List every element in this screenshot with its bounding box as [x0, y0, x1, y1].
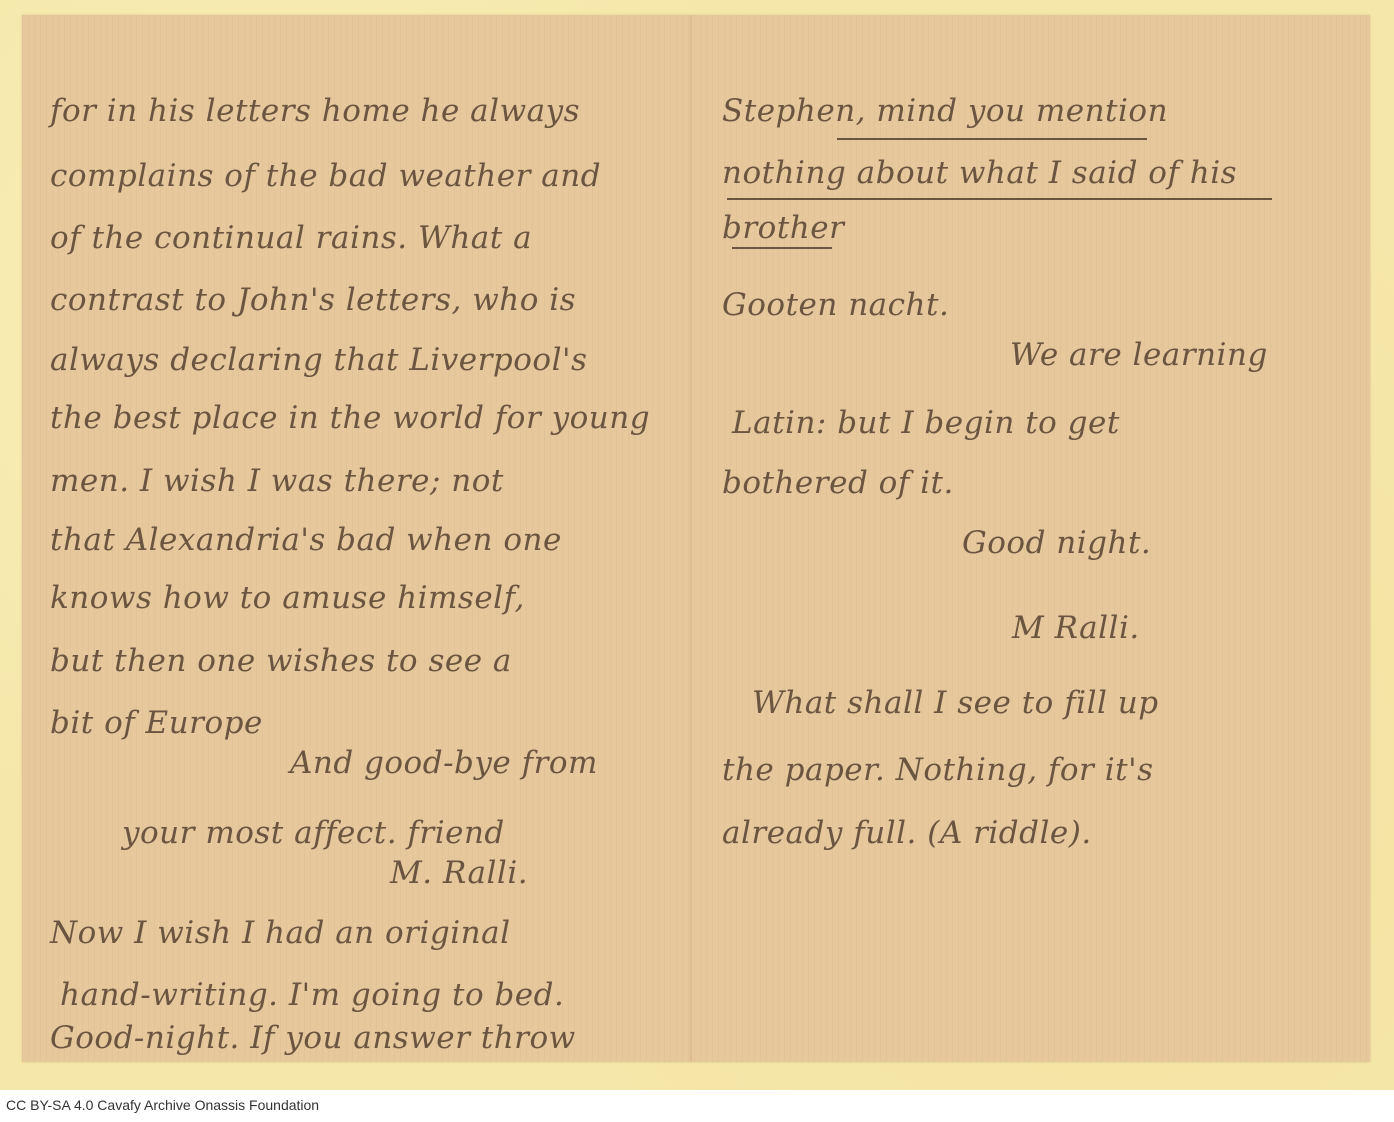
underline-stroke	[732, 247, 832, 249]
handwritten-line: that Alexandria's bad when one	[50, 522, 562, 558]
handwritten-line: Now I wish I had an original	[50, 915, 511, 951]
closing-line: Good night.	[962, 525, 1151, 561]
handwritten-line: men. I wish I was there; not	[50, 463, 504, 499]
handwritten-line: nothing about what I said of his	[722, 155, 1237, 191]
underline-stroke	[837, 138, 1147, 140]
handwritten-line: bit of Europe	[50, 705, 263, 741]
handwritten-line: the paper. Nothing, for it's	[722, 752, 1154, 788]
handwritten-line: always declaring that Liverpool's	[50, 342, 587, 378]
handwritten-line: already full. (A riddle).	[722, 815, 1092, 851]
license-caption: CC BY-SA 4.0 Cavafy Archive Onassis Foun…	[6, 1097, 319, 1113]
signature: M Ralli.	[1012, 610, 1140, 646]
handwritten-line: contrast to John's letters, who is	[50, 282, 576, 318]
handwritten-line: We are learning	[1010, 337, 1268, 373]
closing-line: And good-bye from	[290, 745, 598, 781]
signature: M. Ralli.	[390, 855, 528, 891]
handwritten-line: complains of the bad weather and	[50, 158, 601, 194]
handwritten-line: Stephen, mind you mention	[722, 93, 1168, 129]
handwritten-line: knows how to amuse himself,	[50, 580, 525, 616]
handwritten-line: of the continual rains. What a	[50, 220, 532, 256]
handwritten-line: Latin: but I begin to get	[732, 405, 1120, 441]
handwritten-line: brother	[722, 210, 844, 246]
handwritten-line: for in his letters home he always	[50, 93, 580, 129]
closing-line: your most affect. friend	[122, 815, 505, 851]
right-page: Stephen, mind you mention nothing about …	[692, 15, 1370, 1062]
handwritten-line: the best place in the world for young	[50, 400, 650, 436]
handwritten-line: hand-writing. I'm going to bed.	[60, 977, 564, 1013]
handwritten-line: Gooten nacht.	[722, 287, 949, 323]
handwritten-line: Good-night. If you answer throw	[50, 1020, 576, 1056]
underline-stroke	[727, 198, 1272, 200]
handwritten-line: bothered of it.	[722, 465, 954, 501]
letter-sheet: for in his letters home he always compla…	[22, 15, 1370, 1062]
archive-mount-background: for in his letters home he always compla…	[0, 0, 1394, 1090]
left-page: for in his letters home he always compla…	[22, 15, 690, 1062]
handwritten-line: but then one wishes to see a	[50, 643, 512, 679]
handwritten-line: What shall I see to fill up	[752, 685, 1159, 721]
